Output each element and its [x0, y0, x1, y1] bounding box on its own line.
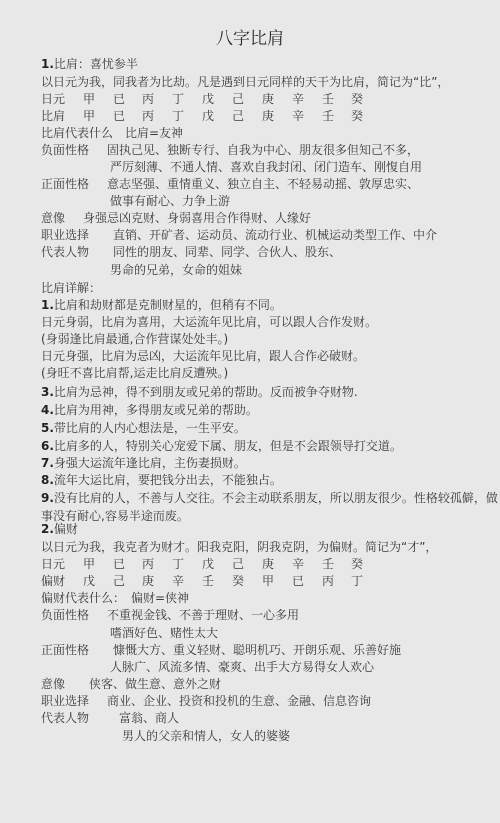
section2-positive-2: 人脉广、风流多情、豪爽、出手大方易得女人欢心 — [110, 659, 374, 675]
section1-intro: 以日元为我，同我者为比劫。凡是遇到日元同样的天干为比肩，简记为“比”， — [41, 74, 449, 90]
section2-negative-2: 嗜酒好色、赌性太大 — [110, 625, 218, 641]
section2-image-label: 意像 — [41, 676, 65, 692]
section2-people-2: 男人的父亲和情人，女人的婆婆 — [122, 728, 290, 744]
detail-item: 8.流年大运比肩，要把钱分出去，不能独占。 — [41, 472, 282, 488]
section2-image: 侠客、做生意、意外之财 — [89, 676, 221, 692]
section1-negative-1: 固执己见、独断专行、自我为中心、朋友很多但知己不多， — [107, 142, 419, 158]
detail-item: 1.比肩和劫财都是克制财星的，但稍有不同。 — [41, 297, 282, 313]
section1-negative-label: 负面性格 — [41, 142, 89, 158]
detail-item: 6.比肩多的人，特别关心宠爱下属、朋友，但是不会跟领导打交道。 — [41, 438, 402, 454]
section1-people-label: 代表人物 — [41, 244, 89, 260]
section2-represents: 偏财代表什么： 偏财=侠神 — [41, 590, 189, 606]
detail-item: (身弱逢比肩最通,合作营谋处处丰。) — [41, 331, 228, 347]
section1-positive-1: 意志坚强、重情重义、独立自主、不轻易动摇、敦厚忠实、 — [107, 176, 419, 192]
section2-people-1: 富翁、商人 — [119, 710, 179, 726]
section2-career-label: 职业选择 — [41, 693, 89, 709]
detail-item: 7.身强大运流年逢比肩，主伤妻损财。 — [41, 455, 246, 471]
section2-career: 商业、企业、投资和投机的生意、金融、信息咨询 — [107, 693, 371, 709]
section1-career: 直销、开矿者、运动员、流动行业、机械运动类型工作、中介 — [113, 227, 437, 243]
section2-intro: 以日元为我，我克者为财才。阳我克阳，阴我克阴，为偏财。简记为“才”， — [41, 539, 437, 555]
section1-heading: 1.比肩：喜忧参半 — [41, 56, 138, 72]
section1-detail-heading: 比肩详解： — [41, 280, 101, 296]
detail-item: 9.没有比肩的人，不善与人交往。不会主动联系朋友，所以朋友很少。性格较孤僻，做 — [41, 490, 498, 506]
document-page: 八字比肩 1.比肩：喜忧参半 以日元为我，同我者为比劫。凡是遇到日元同样的天干为… — [0, 0, 500, 823]
section2-positive-1: 慷慨大方、重义轻财、聪明机巧、开朗乐观、乐善好施 — [113, 642, 401, 658]
detail-item: 4.比肩为用神，多得朋友或兄弟的帮助。 — [41, 402, 258, 418]
page-title: 八字比肩 — [0, 28, 500, 50]
detail-item: 3.比肩为忌神，得不到朋友或兄弟的帮助。反而被争夺财物. — [41, 384, 358, 400]
section2-heading: 2.偏财 — [41, 521, 78, 537]
detail-item: (身旺不喜比肩帮,运走比肩反遭殃。) — [41, 365, 228, 381]
section1-career-label: 职业选择 — [41, 227, 89, 243]
section2-negative-1: 不重视金钱、不善于理财、一心多用 — [107, 607, 299, 623]
section1-represents: 比肩代表什么 比肩=友神 — [41, 125, 183, 141]
section2-negative-label: 负面性格 — [41, 607, 89, 623]
section1-people-1: 同性的朋友、同辈、同学、合伙人、股东、 — [113, 244, 341, 260]
detail-item: 日元身弱，比肩为喜用，大运流年见比肩，可以跟人合作发财。 — [41, 314, 377, 330]
section2-people-label: 代表人物 — [41, 710, 89, 726]
section1-positive-2: 做事有耐心、力争上游 — [110, 193, 230, 209]
section1-people-2: 男命的兄弟，女命的姐妹 — [110, 262, 242, 278]
section1-image: 身强忌凶克财、身弱喜用合作得财、人缘好 — [83, 210, 311, 226]
section1-positive-label: 正面性格 — [41, 176, 89, 192]
section1-image-label: 意像 — [41, 210, 65, 226]
section2-positive-label: 正面性格 — [41, 642, 89, 658]
detail-item: 5.带比肩的人内心想法是，一生平安。 — [41, 420, 246, 436]
detail-item: 日元身强，比肩为忌凶，大运流年见比肩，跟人合作必破财。 — [41, 348, 365, 364]
section1-negative-2: 严厉刻薄、不通人情、喜欢自我封闭、闭门造车、刚愎自用 — [110, 159, 422, 175]
